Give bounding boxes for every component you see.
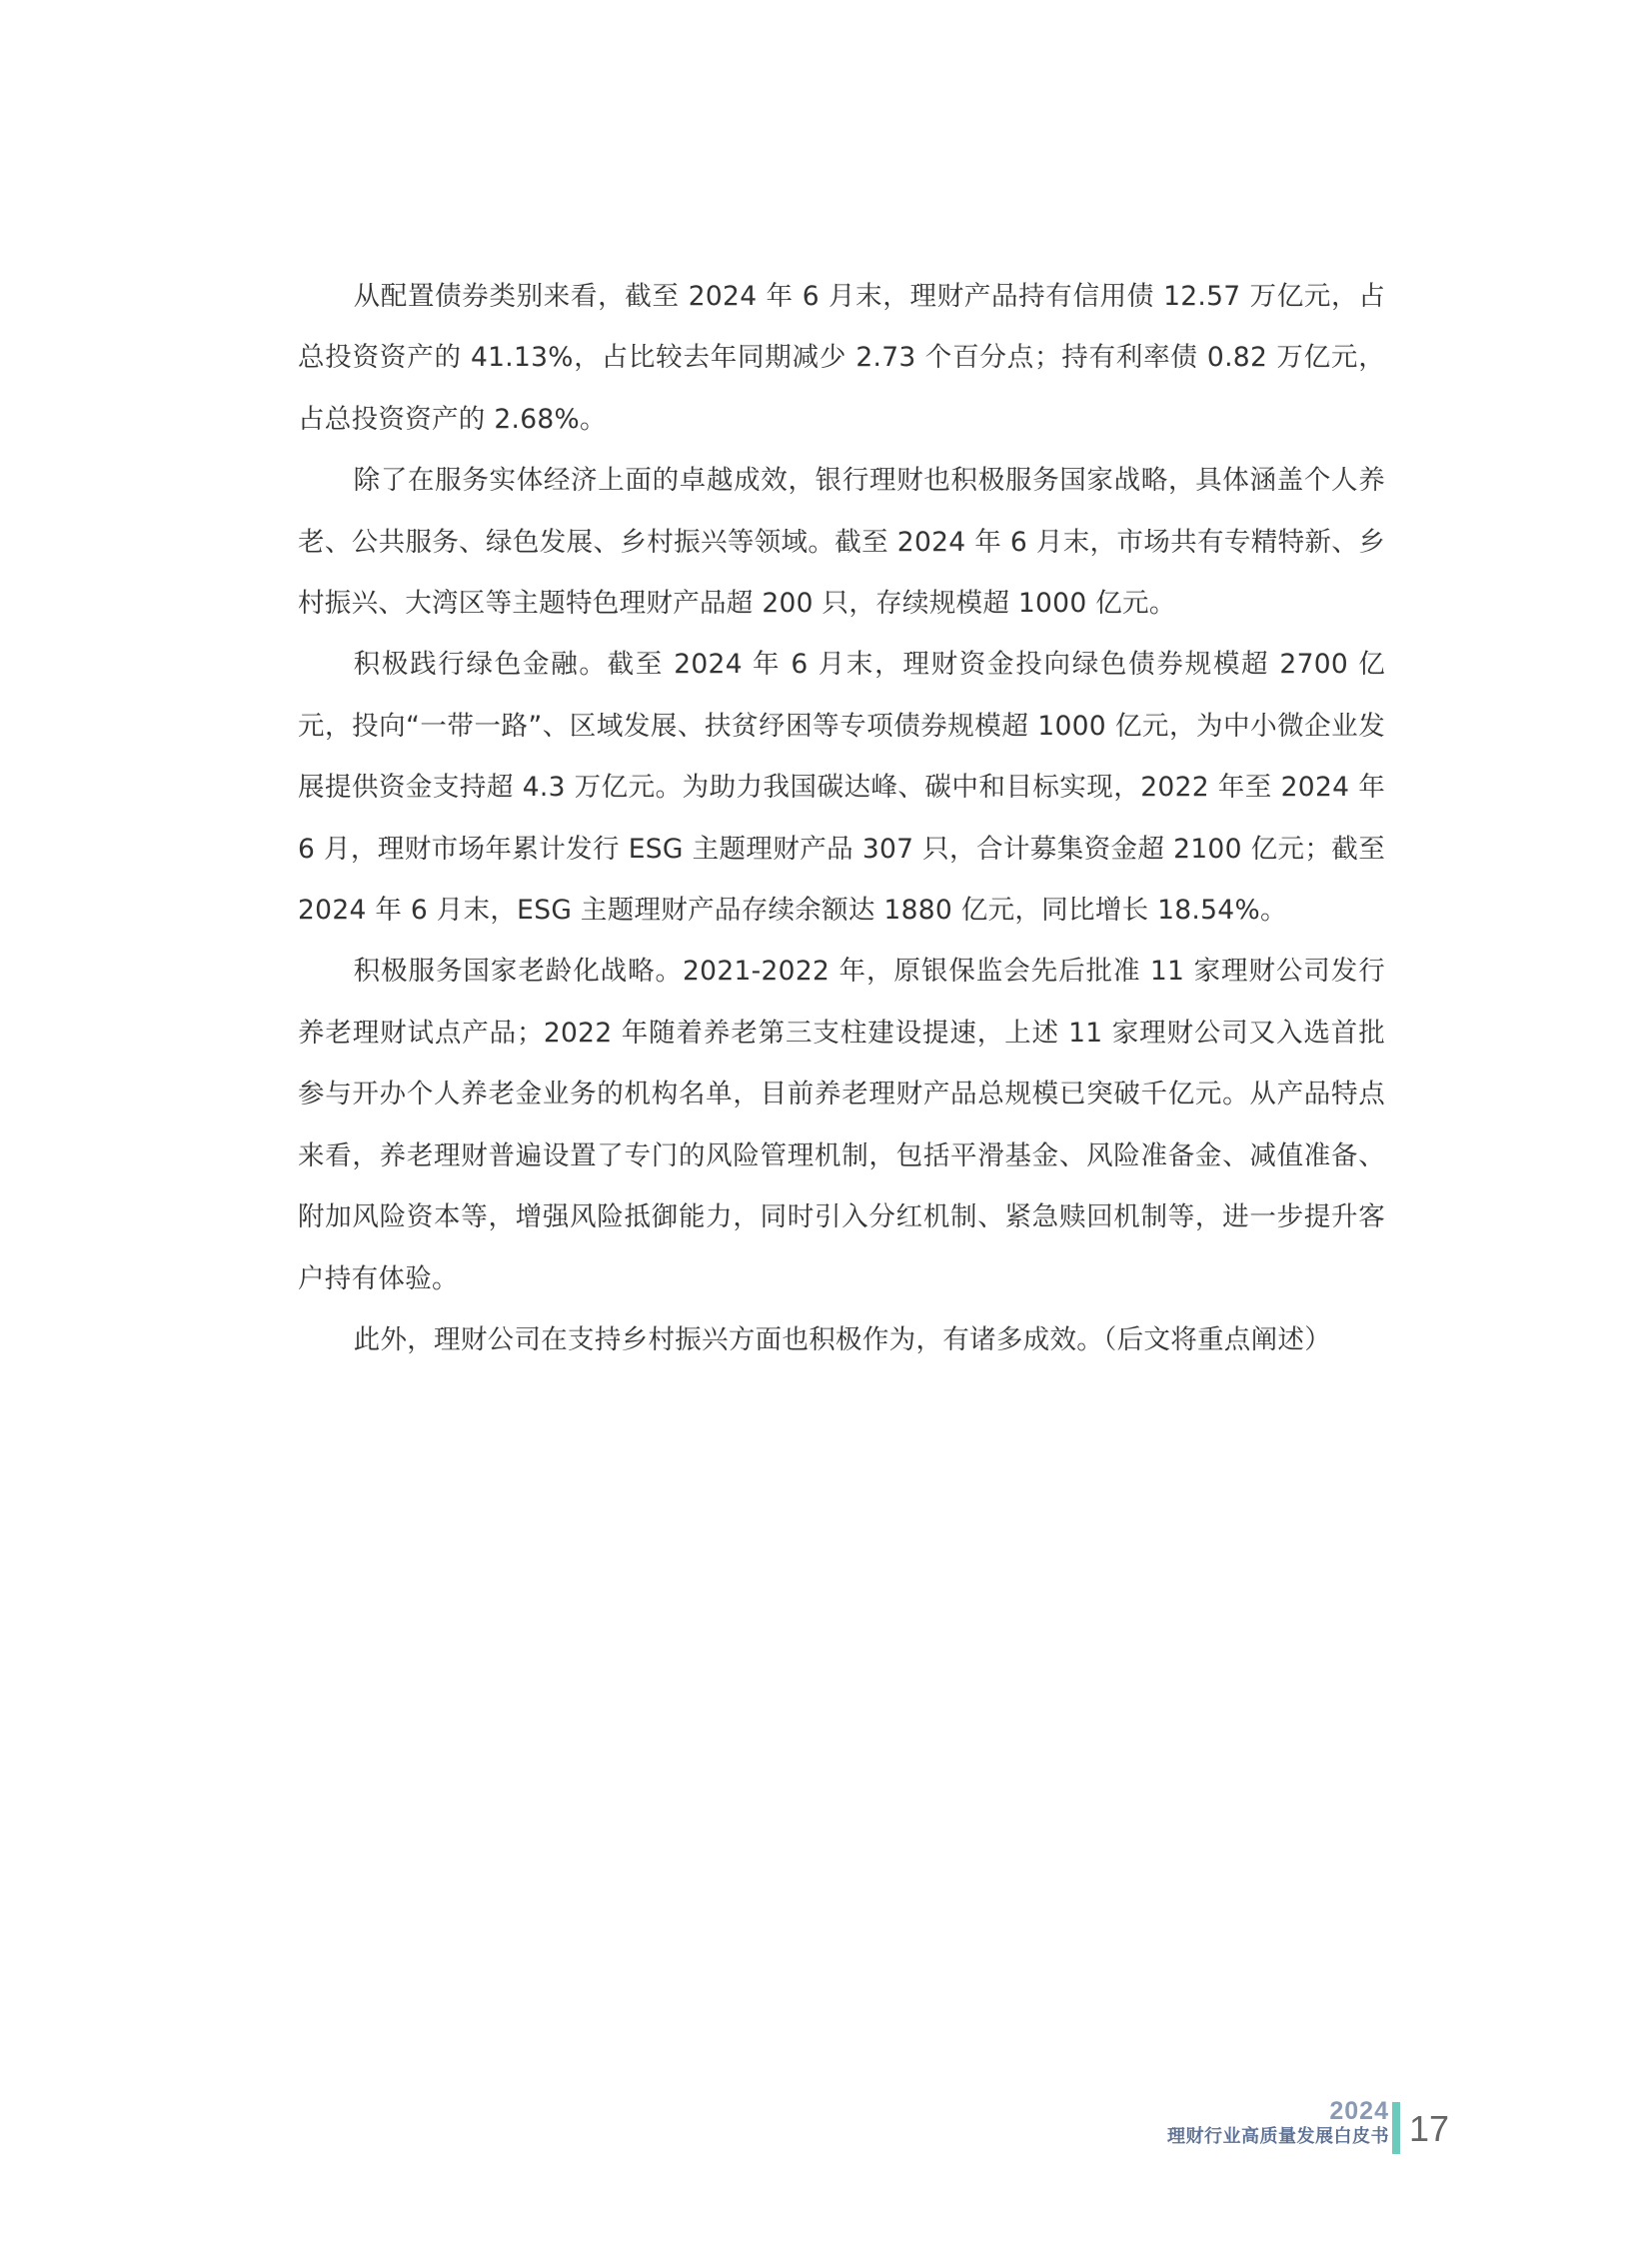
document-body: 从配置债券类别来看，截至 2024 年 6 月末，理财产品持有信用债 12.57… (298, 266, 1385, 1370)
footer-title: 理财行业高质量发展白皮书 (1167, 2125, 1389, 2149)
page-number: 17 (1409, 2109, 1449, 2149)
paragraph-green-finance: 积极践行绿色金融。截至 2024 年 6 月末，理财资金投向绿色债券规模超 27… (298, 634, 1385, 941)
page-footer: 2024 理财行业高质量发展白皮书 17 (1099, 2097, 1459, 2161)
footer-publication: 2024 理财行业高质量发展白皮书 (1167, 2097, 1389, 2149)
footer-year: 2024 (1167, 2097, 1389, 2125)
paragraph-national-strategy: 除了在服务实体经济上面的卓越成效，银行理财也积极服务国家战略，具体涵盖个人养老、… (298, 450, 1385, 634)
footer-accent-bar (1392, 2102, 1400, 2154)
paragraph-bond-allocation: 从配置债券类别来看，截至 2024 年 6 月末，理财产品持有信用债 12.57… (298, 266, 1385, 450)
paragraph-rural-revitalization: 此外，理财公司在支持乡村振兴方面也积极作为，有诸多成效。（后文将重点阐述） (298, 1309, 1385, 1370)
paragraph-aging-strategy: 积极服务国家老龄化战略。2021-2022 年，原银保监会先后批准 11 家理财… (298, 941, 1385, 1308)
